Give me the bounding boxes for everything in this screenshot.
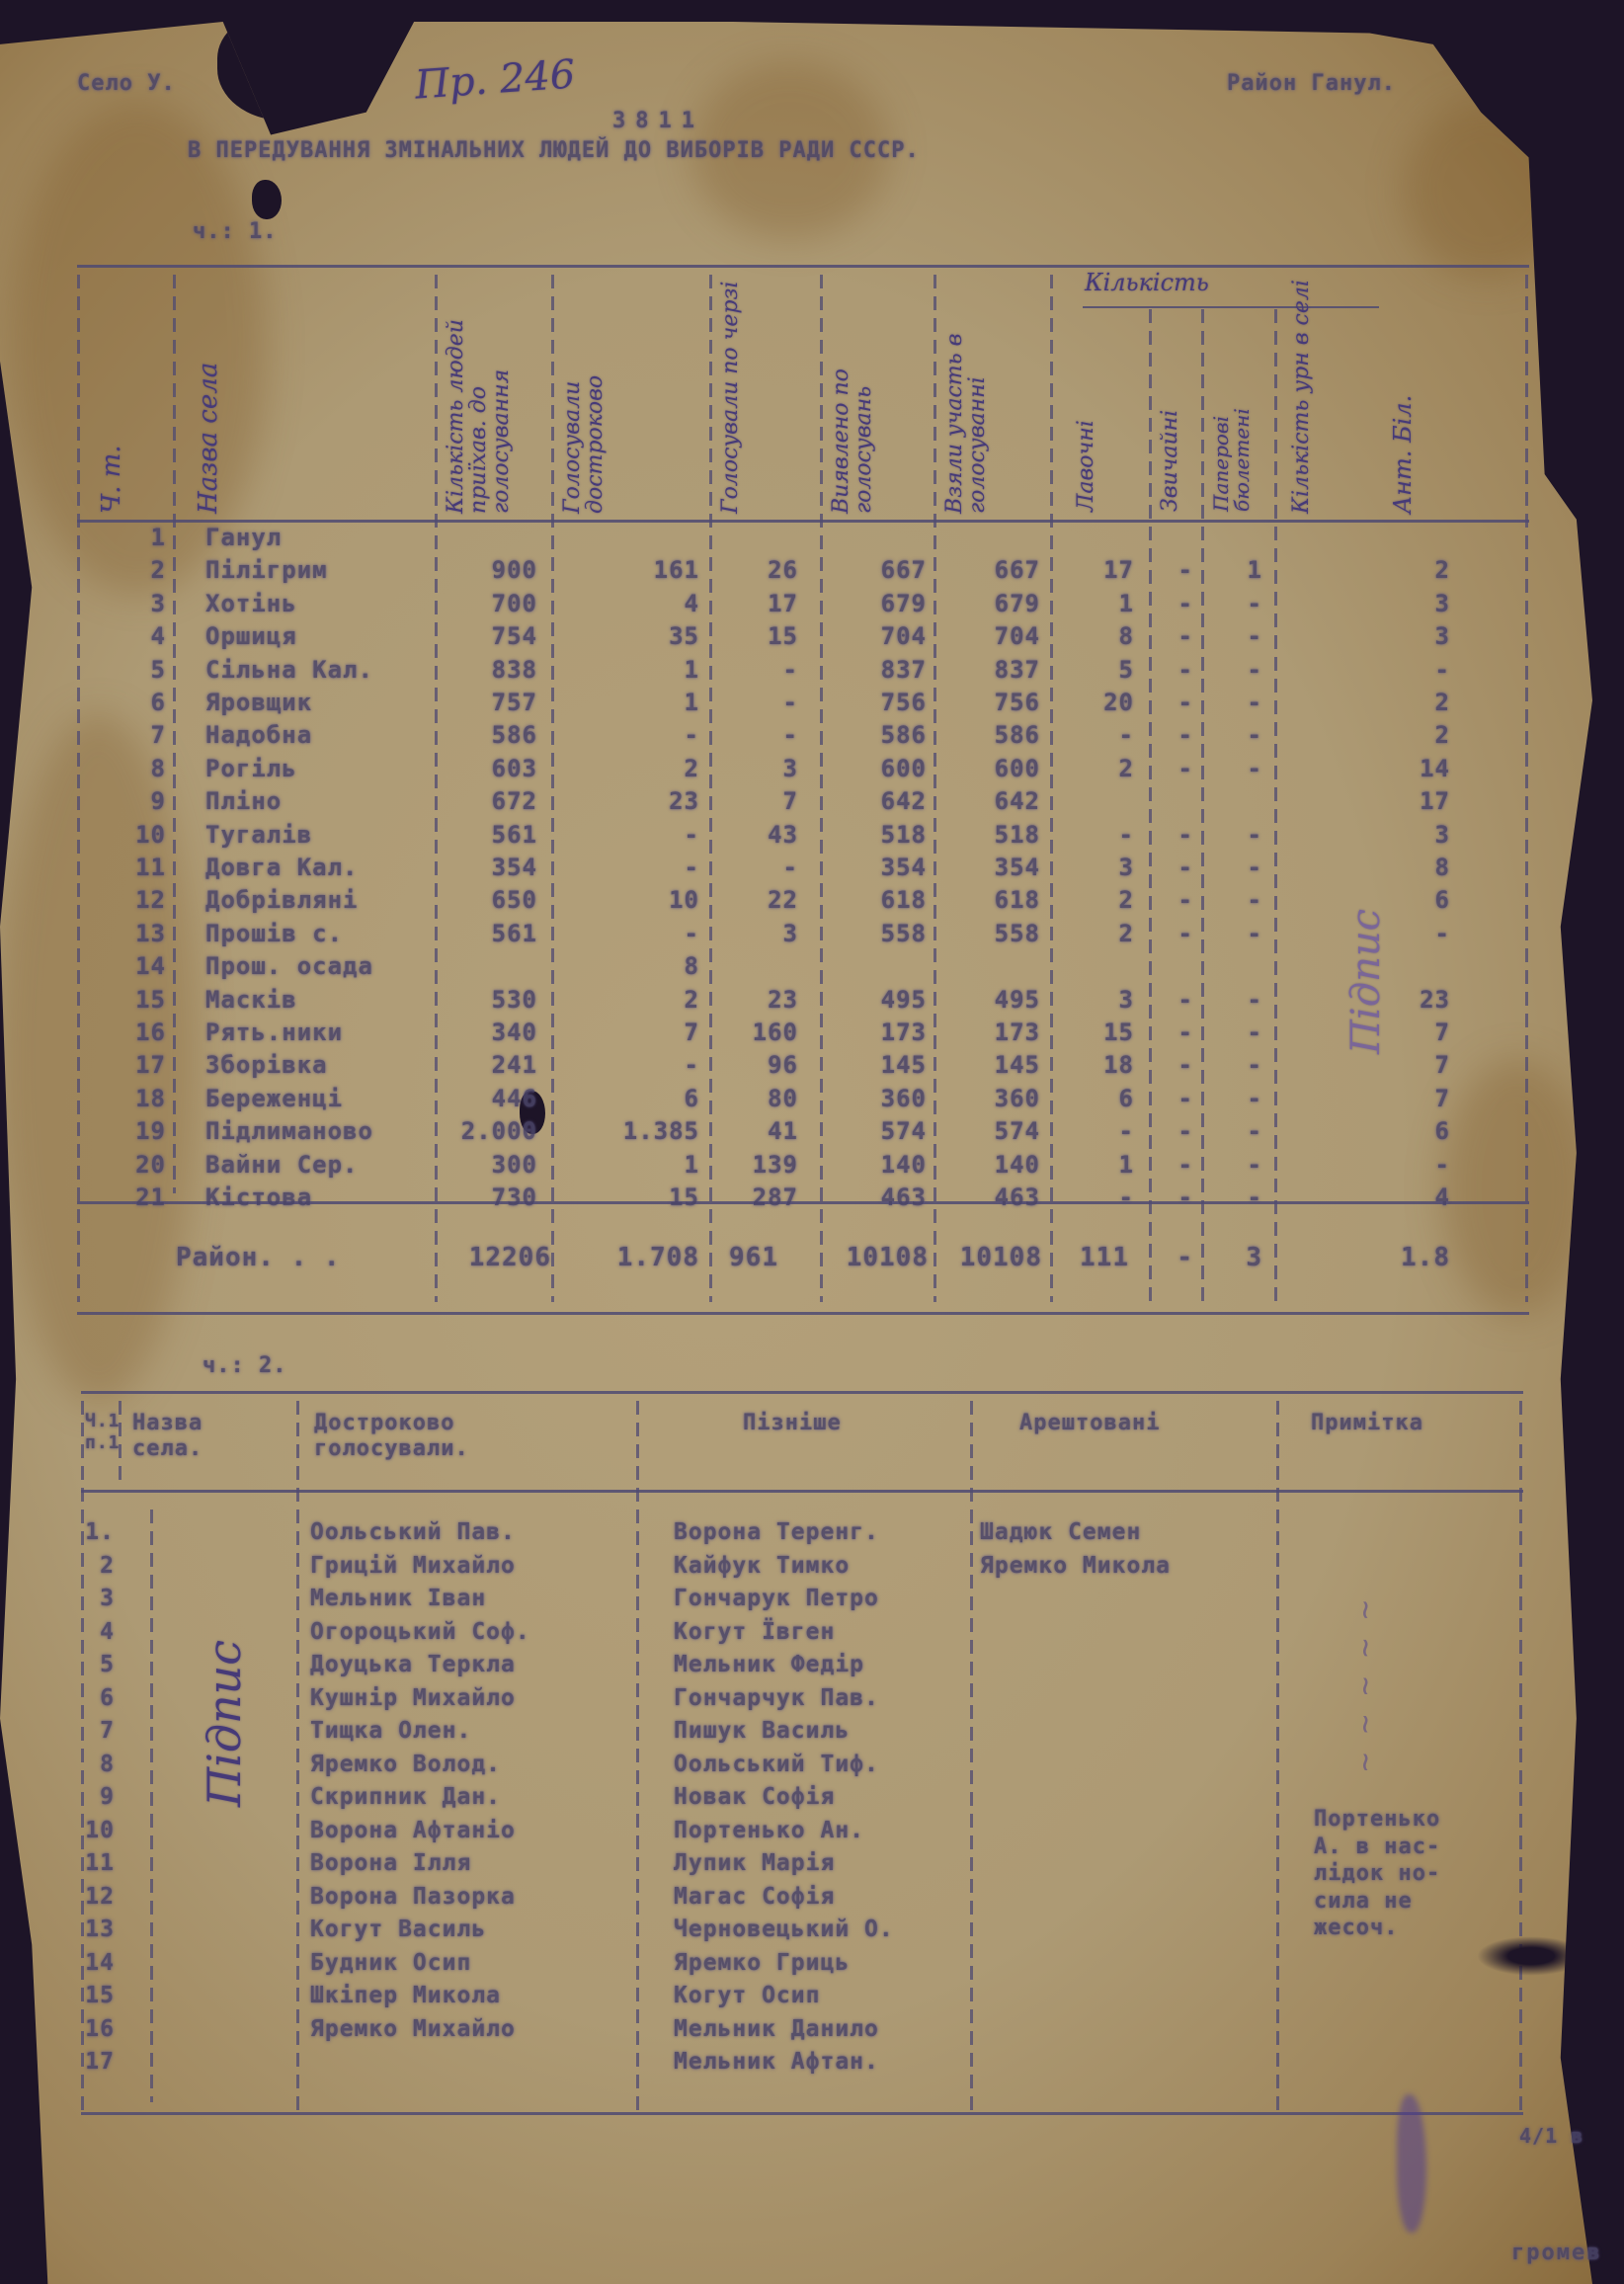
- cell-c: -: [1213, 1183, 1262, 1211]
- cell-later: Мельник Федір: [674, 1652, 970, 1677]
- cell-d: -: [1361, 656, 1450, 684]
- cell-later: Когут Осип: [674, 1983, 970, 2008]
- cell-total: 900: [443, 556, 537, 584]
- cell-later: Лупик Марія: [674, 1850, 970, 1876]
- table-row: 7Надобна586--586586---2: [77, 721, 1529, 754]
- table-row: 14Прош. осада8: [77, 952, 1529, 985]
- cell-n: 12: [81, 1884, 115, 1910]
- table-divider: [77, 1312, 1529, 1315]
- cell-voted: 140: [941, 1151, 1040, 1179]
- cell-voted: 586: [941, 721, 1040, 749]
- cell-queue: 41: [719, 1117, 798, 1145]
- table-row: 5Доуцька ТерклаМельник Федір: [81, 1652, 1523, 1684]
- cell-a: -: [1055, 1183, 1134, 1211]
- table-row: 10Ворона АфтаніоПортенько Ан.: [81, 1818, 1523, 1850]
- cell-arrested: Яремко Микола: [980, 1553, 1266, 1579]
- cell-early: 7: [561, 1019, 699, 1046]
- cell-total: 730: [443, 1183, 537, 1211]
- cell-later: Новак Софія: [674, 1784, 970, 1810]
- col-header-later: Пізніше: [743, 1411, 842, 1436]
- cell-early: -: [561, 1051, 699, 1079]
- col-header-total-people: Кількість людей приїхав. до голосування: [445, 277, 543, 514]
- cell-n: 4: [117, 622, 166, 650]
- cell-queue: 139: [719, 1151, 798, 1179]
- cell-n: 10: [117, 821, 166, 849]
- cell-voted: 679: [941, 590, 1040, 617]
- table-row: 1Ганул: [77, 524, 1529, 556]
- cell-found: 756: [828, 689, 927, 716]
- cell-name: Прошів с.: [205, 920, 433, 947]
- cell-a: 15: [1055, 1019, 1134, 1046]
- cell-name: Підлиманово: [205, 1117, 433, 1145]
- cell-name: Прош. осада: [205, 952, 433, 980]
- table-row: 20Вайни Сер.30011391401401---: [77, 1151, 1529, 1183]
- cell-n: 17: [81, 2049, 115, 2075]
- cell-found: 679: [828, 590, 927, 617]
- cell-n: 19: [117, 1117, 166, 1145]
- col-header-number: Ч.1 п.1: [85, 1411, 119, 1453]
- cell-name: Довга Кал.: [205, 854, 433, 881]
- cell-a: -: [1055, 821, 1134, 849]
- cell-c: -: [1213, 1151, 1262, 1179]
- cell-total: 700: [443, 590, 537, 617]
- cell-name: Масків: [205, 986, 433, 1014]
- table-row: 9Скрипник Дан.Новак Софія: [81, 1784, 1523, 1817]
- cell-later: Пишук Василь: [674, 1718, 970, 1744]
- cell-voted: 518: [941, 821, 1040, 849]
- cell-early: -: [561, 821, 699, 849]
- cell-later: Когут Ївген: [674, 1619, 970, 1645]
- cell-d: -: [1361, 1151, 1450, 1179]
- cell-voted: 618: [941, 886, 1040, 914]
- cell-queue: -: [719, 689, 798, 716]
- cell-voted: 574: [941, 1117, 1040, 1145]
- cell-name: Тугалів: [205, 821, 433, 849]
- cell-n: 5: [81, 1652, 115, 1677]
- cell-c: 1: [1213, 556, 1262, 584]
- cell-c: -: [1213, 656, 1262, 684]
- cell-a: -: [1055, 721, 1134, 749]
- cell-total: 354: [443, 854, 537, 881]
- cell-early: -: [561, 920, 699, 947]
- cell-found: 837: [828, 656, 927, 684]
- cell-found: 495: [828, 986, 927, 1014]
- total-label: Район. . .: [176, 1243, 341, 1272]
- cell-name: Ганул: [205, 524, 433, 551]
- cell-c: -: [1213, 1019, 1262, 1046]
- cell-n: 15: [117, 986, 166, 1014]
- cell-a: 2: [1055, 886, 1134, 914]
- cell-voted: 558: [941, 920, 1040, 947]
- cell-n: 21: [117, 1183, 166, 1211]
- col-header-urns: Кількість урн в селі: [1290, 277, 1389, 514]
- total-found: 10108: [820, 1243, 929, 1272]
- cell-b: -: [1154, 886, 1193, 914]
- cell-name: Зборівка: [205, 1051, 433, 1079]
- cell-c: -: [1213, 1117, 1262, 1145]
- cell-voted: 354: [941, 854, 1040, 881]
- cell-queue: -: [719, 721, 798, 749]
- table-row: 9Пліно67223764264217: [77, 787, 1529, 820]
- cell-early: Кушнір Михайло: [310, 1685, 636, 1711]
- cell-n: 2: [117, 556, 166, 584]
- cell-later: Ворона Теренг.: [674, 1519, 970, 1545]
- cell-early: Яремко Михайло: [310, 2016, 636, 2042]
- total-queue: 961: [709, 1243, 778, 1272]
- cell-a: 2: [1055, 755, 1134, 782]
- cell-early: 8: [561, 952, 699, 980]
- table-row: 5Сільна Кал.8381-8378375---: [77, 656, 1529, 689]
- cell-found: 704: [828, 622, 927, 650]
- table-row: 2Грицій МихайлоКайфук ТимкоЯремко Микола: [81, 1553, 1523, 1586]
- cell-early: Будник Осип: [310, 1950, 636, 1976]
- cell-early: 2: [561, 986, 699, 1014]
- col-header-voted-queue: Голосували по черзі: [719, 277, 798, 514]
- cell-b: -: [1154, 1151, 1193, 1179]
- cell-c: -: [1213, 689, 1262, 716]
- table-row: 4Оршиця75435157047048--3: [77, 622, 1529, 655]
- cell-n: 11: [117, 854, 166, 881]
- cell-early: Огороцький Соф.: [310, 1619, 636, 1645]
- group-header-count: Кількість: [1085, 269, 1209, 296]
- col-header-found: Виявлено по голосувань: [830, 277, 919, 514]
- cell-total: 2.000: [443, 1117, 537, 1145]
- cell-queue: 80: [719, 1085, 798, 1112]
- cell-d: 3: [1361, 590, 1450, 617]
- cell-name: Пілігрим: [205, 556, 433, 584]
- cell-voted: 667: [941, 556, 1040, 584]
- cell-total: 603: [443, 755, 537, 782]
- col-header-note: Примітка: [1311, 1411, 1423, 1436]
- cell-c: -: [1213, 821, 1262, 849]
- cell-later: Магас Софія: [674, 1884, 970, 1910]
- ink-stamp-mark: ~ ~ ~ ~ ~: [1345, 1600, 1383, 1771]
- table-row: 11Довга Кал.354--3543543--8: [77, 854, 1529, 886]
- cell-n: 20: [117, 1151, 166, 1179]
- table-row: 6Кушнір МихайлоГончарчук Пав.: [81, 1685, 1523, 1718]
- cell-early: 161: [561, 556, 699, 584]
- col-header-number: Ч. т.: [99, 277, 125, 514]
- cell-arrested: Шадюк Семен: [980, 1519, 1266, 1545]
- cell-d: 2: [1361, 689, 1450, 716]
- cell-name: Рять.ники: [205, 1019, 433, 1046]
- cell-queue: 96: [719, 1051, 798, 1079]
- cell-early: 4: [561, 590, 699, 617]
- cell-queue: 23: [719, 986, 798, 1014]
- cell-queue: 22: [719, 886, 798, 914]
- cell-early: 6: [561, 1085, 699, 1112]
- cell-early: 23: [561, 787, 699, 815]
- table-row: 6Яровщик7571-75675620--2: [77, 689, 1529, 721]
- cell-name: Рогіль: [205, 755, 433, 782]
- cell-found: 518: [828, 821, 927, 849]
- cell-n: 11: [81, 1850, 115, 1876]
- cell-voted: 360: [941, 1085, 1040, 1112]
- cell-later: Мельник Афтан.: [674, 2049, 970, 2075]
- margin-signature-table1: Підпис: [1343, 909, 1389, 1054]
- cell-b: -: [1154, 821, 1193, 849]
- table-row: 13Когут ВасильЧерновецький О.: [81, 1917, 1523, 1949]
- cell-early: Скрипник Дан.: [310, 1784, 636, 1810]
- cell-queue: 17: [719, 590, 798, 617]
- cell-n: 2: [81, 1553, 115, 1579]
- cell-n: 9: [117, 787, 166, 815]
- cell-d: 3: [1361, 622, 1450, 650]
- cell-name: Пліно: [205, 787, 433, 815]
- table-row: 17Зборівка241-9614514518--7: [77, 1051, 1529, 1084]
- table-row: 3Мельник ІванГончарук Петро: [81, 1586, 1523, 1618]
- cell-a: 5: [1055, 656, 1134, 684]
- cell-voted: 495: [941, 986, 1040, 1014]
- cell-found: 642: [828, 787, 927, 815]
- header-village: Село У.: [77, 71, 176, 96]
- cell-voted: 837: [941, 656, 1040, 684]
- cell-later: Гончарчук Пав.: [674, 1685, 970, 1711]
- cell-total: 561: [443, 920, 537, 947]
- cell-name: Оршиця: [205, 622, 433, 650]
- table-row: 11Ворона ІлляЛупик Марія: [81, 1850, 1523, 1883]
- cell-early: 35: [561, 622, 699, 650]
- cell-later: Портенько Ан.: [674, 1818, 970, 1843]
- cell-c: -: [1213, 886, 1262, 914]
- cell-b: -: [1154, 1117, 1193, 1145]
- table-row: 21Кістова73015287463463---4: [77, 1183, 1529, 1216]
- cell-b: -: [1154, 755, 1193, 782]
- ink-blot: [1477, 1936, 1585, 1976]
- col-header-ordinary: Звичайні: [1159, 324, 1198, 512]
- cell-name: Надобна: [205, 721, 433, 749]
- col-header-voted-early: Голосували достроково: [561, 277, 640, 514]
- col-header-extra: Ант. Біл.: [1391, 277, 1450, 514]
- cell-d: 8: [1361, 854, 1450, 881]
- cell-c: -: [1213, 854, 1262, 881]
- cell-found: 463: [828, 1183, 927, 1211]
- cell-voted: 173: [941, 1019, 1040, 1046]
- cell-later: Мельник Данило: [674, 2016, 970, 2042]
- cell-voted: 642: [941, 787, 1040, 815]
- col-header-village: Назва села: [196, 277, 265, 514]
- cell-total: 754: [443, 622, 537, 650]
- table-row: 16Рять.ники340716017317315--7: [77, 1019, 1529, 1051]
- cell-n: 13: [81, 1917, 115, 1942]
- table-row: 8Рогіль603236006002--14: [77, 755, 1529, 787]
- cell-voted: 756: [941, 689, 1040, 716]
- cell-voted: 600: [941, 755, 1040, 782]
- total-urns: 1.8: [1361, 1243, 1450, 1272]
- col-header-village: Назва села.: [132, 1411, 281, 1463]
- cell-n: 8: [81, 1752, 115, 1777]
- cell-later: Гончарук Петро: [674, 1586, 970, 1611]
- cell-n: 7: [117, 721, 166, 749]
- cell-a: 3: [1055, 854, 1134, 881]
- total-paper: 3: [1213, 1243, 1262, 1272]
- cell-n: 16: [117, 1019, 166, 1046]
- margin-signature-table2: Підпис: [198, 1640, 251, 1807]
- cell-name: Вайни Сер.: [205, 1151, 433, 1179]
- cell-b: -: [1154, 920, 1193, 947]
- cell-n: 1: [117, 524, 166, 551]
- cell-early: 15: [561, 1183, 699, 1211]
- table-row: 16Яремко МихайлоМельник Данило: [81, 2016, 1523, 2049]
- section-2-label: ч.: 2.: [203, 1353, 286, 1378]
- cell-early: Грицій Михайло: [310, 1553, 636, 1579]
- cell-total: 300: [443, 1151, 537, 1179]
- cell-d: 2: [1361, 556, 1450, 584]
- cell-early: 1.385: [561, 1117, 699, 1145]
- cell-early: Тищка Олен.: [310, 1718, 636, 1744]
- cell-d: 14: [1361, 755, 1450, 782]
- cell-name: Береженці: [205, 1085, 433, 1112]
- cell-b: -: [1154, 622, 1193, 650]
- cell-n: 18: [117, 1085, 166, 1112]
- cell-a: 18: [1055, 1051, 1134, 1079]
- cell-d: 7: [1361, 1085, 1450, 1112]
- cell-b: -: [1154, 656, 1193, 684]
- col-header-arrested: Арештовані: [1019, 1411, 1160, 1436]
- cell-d: 6: [1361, 1117, 1450, 1145]
- table-row: 3Хотінь7004176796791--3: [77, 590, 1529, 622]
- cell-total: 561: [443, 821, 537, 849]
- cell-a: 3: [1055, 986, 1134, 1014]
- cell-c: -: [1213, 755, 1262, 782]
- total-people: 12206: [435, 1243, 551, 1272]
- cell-queue: 26: [719, 556, 798, 584]
- note-cell: Портенько А. в нас- лідок но- сила не же…: [1314, 1806, 1440, 1942]
- cell-found: 600: [828, 755, 927, 782]
- cell-name: Сільна Кал.: [205, 656, 433, 684]
- cell-b: -: [1154, 1183, 1193, 1211]
- cell-queue: 160: [719, 1019, 798, 1046]
- cell-n: 5: [117, 656, 166, 684]
- cell-total: 340: [443, 1019, 537, 1046]
- cell-n: 7: [81, 1718, 115, 1744]
- cell-found: 586: [828, 721, 927, 749]
- cell-found: 558: [828, 920, 927, 947]
- cell-n: 10: [81, 1818, 115, 1843]
- cell-early: -: [561, 721, 699, 749]
- table-row: 18Береженці4466803603606--7: [77, 1085, 1529, 1117]
- cell-total: 446: [443, 1085, 537, 1112]
- cell-c: -: [1213, 1051, 1262, 1079]
- cell-found: 173: [828, 1019, 927, 1046]
- cell-early: Ворона Ілля: [310, 1850, 636, 1876]
- cell-a: 1: [1055, 1151, 1134, 1179]
- table-row: 17Мельник Афтан.: [81, 2049, 1523, 2081]
- table-row: 12Ворона ПазоркаМагас Софія: [81, 1884, 1523, 1917]
- document-title: В ПЕРЕДУВАННЯ ЗМІНАЛЬНИХ ЛЮДЕЙ ДО ВИБОРІ…: [188, 138, 920, 163]
- table-row: 14Будник ОсипЯремко Гриць: [81, 1950, 1523, 1983]
- table-row: 15Масків5302234954953--23: [77, 986, 1529, 1019]
- cell-c: -: [1213, 622, 1262, 650]
- cell-total: 672: [443, 787, 537, 815]
- cell-name: Кістова: [205, 1183, 433, 1211]
- cell-a: 1: [1055, 590, 1134, 617]
- cell-b: -: [1154, 590, 1193, 617]
- cell-b: -: [1154, 986, 1193, 1014]
- cell-n: 14: [81, 1950, 115, 1976]
- table-row: 12Добрівляні65010226186182--6: [77, 886, 1529, 919]
- col-header-paper-ballots: Паперові бюлетені: [1211, 324, 1270, 512]
- cell-c: -: [1213, 986, 1262, 1014]
- cell-a: 17: [1055, 556, 1134, 584]
- cell-b: -: [1154, 854, 1193, 881]
- total-benches: 111: [1050, 1243, 1129, 1272]
- total-ordinary: -: [1154, 1243, 1193, 1272]
- table-row: 7Тищка Олен.Пишук Василь: [81, 1718, 1523, 1751]
- cell-c: -: [1213, 721, 1262, 749]
- table-row: 10Тугалів561-43518518---3: [77, 821, 1529, 854]
- cell-n: 16: [81, 2016, 115, 2042]
- cell-name: Хотінь: [205, 590, 433, 617]
- cell-n: 9: [81, 1784, 115, 1810]
- cell-queue: 3: [719, 755, 798, 782]
- cell-found: 140: [828, 1151, 927, 1179]
- table-row: 15Шкіпер МиколаКогут Осип: [81, 1983, 1523, 2015]
- cell-found: 667: [828, 556, 927, 584]
- table-row: 19Підлиманово2.0001.38541574574---6: [77, 1117, 1529, 1150]
- cell-a: 20: [1055, 689, 1134, 716]
- cell-early: Когут Василь: [310, 1917, 636, 1942]
- cell-voted: 463: [941, 1183, 1040, 1211]
- cell-queue: 15: [719, 622, 798, 650]
- cell-voted: 704: [941, 622, 1040, 650]
- cell-early: -: [561, 854, 699, 881]
- table-row: 13Прошів с.561-35585582---: [77, 920, 1529, 952]
- cell-n: 1.: [81, 1519, 115, 1545]
- cell-b: -: [1154, 1051, 1193, 1079]
- cell-queue: 3: [719, 920, 798, 947]
- header-district: Район Ганул.: [1227, 71, 1396, 96]
- cell-queue: 287: [719, 1183, 798, 1211]
- table-divider: [77, 520, 1529, 523]
- cell-n: 8: [117, 755, 166, 782]
- total-voted: 10108: [934, 1243, 1042, 1272]
- cell-n: 12: [117, 886, 166, 914]
- cell-c: -: [1213, 590, 1262, 617]
- cell-later: Яремко Гриць: [674, 1950, 970, 1976]
- cell-n: 3: [81, 1586, 115, 1611]
- cell-b: -: [1154, 721, 1193, 749]
- cell-early: Оольський Пав.: [310, 1519, 636, 1545]
- cell-voted: 145: [941, 1051, 1040, 1079]
- cell-n: 6: [117, 689, 166, 716]
- cell-found: 354: [828, 854, 927, 881]
- cell-early: 1: [561, 656, 699, 684]
- cell-early: Ворона Афтаніо: [310, 1818, 636, 1843]
- cell-total: 838: [443, 656, 537, 684]
- cell-total: 241: [443, 1051, 537, 1079]
- cell-later: Черновецький О.: [674, 1917, 970, 1942]
- cell-n: 3: [117, 590, 166, 617]
- cell-a: 8: [1055, 622, 1134, 650]
- cell-found: 145: [828, 1051, 927, 1079]
- cell-early: Ворона Пазорка: [310, 1884, 636, 1910]
- cell-early: 1: [561, 1151, 699, 1179]
- cell-name: Добрівляні: [205, 886, 433, 914]
- cell-found: 360: [828, 1085, 927, 1112]
- cell-b: -: [1154, 689, 1193, 716]
- table-divider: [77, 265, 1529, 268]
- cell-early: Шкіпер Микола: [310, 1983, 636, 2008]
- cell-total: 586: [443, 721, 537, 749]
- cell-early: Яремко Волод.: [310, 1752, 636, 1777]
- cell-queue: 7: [719, 787, 798, 815]
- cell-d: 17: [1361, 787, 1450, 815]
- cell-a: 6: [1055, 1085, 1134, 1112]
- cell-total: 530: [443, 986, 537, 1014]
- cell-b: -: [1154, 1019, 1193, 1046]
- cell-d: 4: [1361, 1183, 1450, 1211]
